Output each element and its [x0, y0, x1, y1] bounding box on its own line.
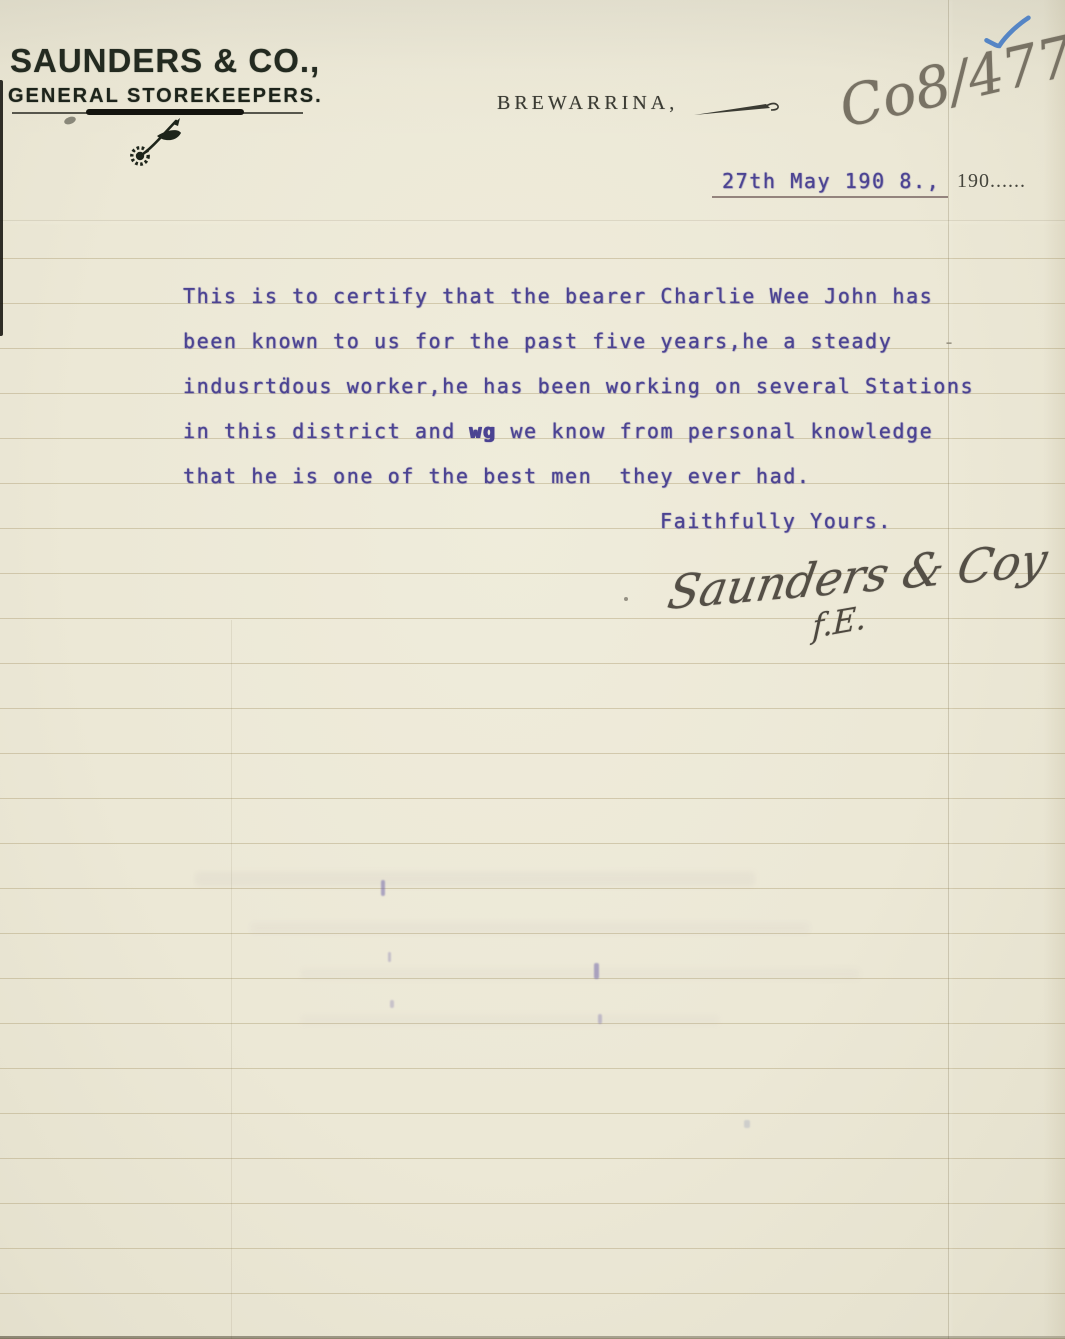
printed-year-stub: 190......: [957, 170, 1026, 193]
vertical-fold-crease-left: [231, 620, 232, 1339]
body-line: that he is one of the best men they ever…: [183, 454, 974, 499]
paper-edge-shading: [1043, 0, 1065, 1339]
body-line: in this district and wg we know from per…: [183, 409, 974, 454]
pencil-margin-dash: -: [943, 330, 955, 354]
bleedthrough-smudge: [195, 872, 755, 886]
pencil-dot: [624, 597, 628, 601]
body-line-segment: in this district and: [183, 419, 469, 443]
bleedthrough-smudge: [300, 968, 860, 980]
company-name: SAUNDERS & CO.,: [10, 42, 320, 80]
flower-ornament-icon: [124, 112, 188, 170]
ink-speck: [594, 963, 599, 979]
flourish-line-icon: [692, 98, 792, 120]
body-line: This is to certify that the bearer Charl…: [183, 274, 974, 319]
bleedthrough-smudge: [300, 1014, 720, 1026]
typed-date: 27th May 190 8.,: [722, 168, 940, 194]
body-line: indusrtḋous worker,he has been working o…: [183, 364, 974, 409]
ink-blot: [63, 115, 77, 126]
letter-document: SAUNDERS & CO., GENERAL STOREKEEPERS. BR…: [0, 0, 1065, 1339]
company-tagline: GENERAL STOREKEEPERS.: [8, 85, 323, 108]
ink-speck: [381, 880, 385, 896]
body-line-segment: we know from personal knowledge: [497, 419, 934, 443]
vertical-fold-crease-right: [948, 0, 949, 1339]
date-underline: [712, 196, 948, 198]
ink-speck: [744, 1120, 750, 1128]
place-name: BREWARRINA,: [497, 92, 678, 115]
letter-body: This is to certify that the bearer Charl…: [183, 274, 974, 499]
checkmark-icon: [980, 13, 1035, 54]
body-line: been known to us for the past five years…: [183, 319, 974, 364]
ink-speck: [598, 1014, 602, 1024]
signature-initials: f.E.: [812, 598, 867, 646]
ink-speck: [390, 1000, 394, 1008]
ink-speck: [388, 952, 391, 962]
scan-edge-left: [0, 80, 3, 336]
bleedthrough-smudge: [250, 922, 810, 934]
closing-line: Faithfully Yours.: [660, 499, 892, 544]
overstruck-letters: wg: [469, 419, 496, 443]
horizontal-fold-crease: [0, 220, 1065, 221]
